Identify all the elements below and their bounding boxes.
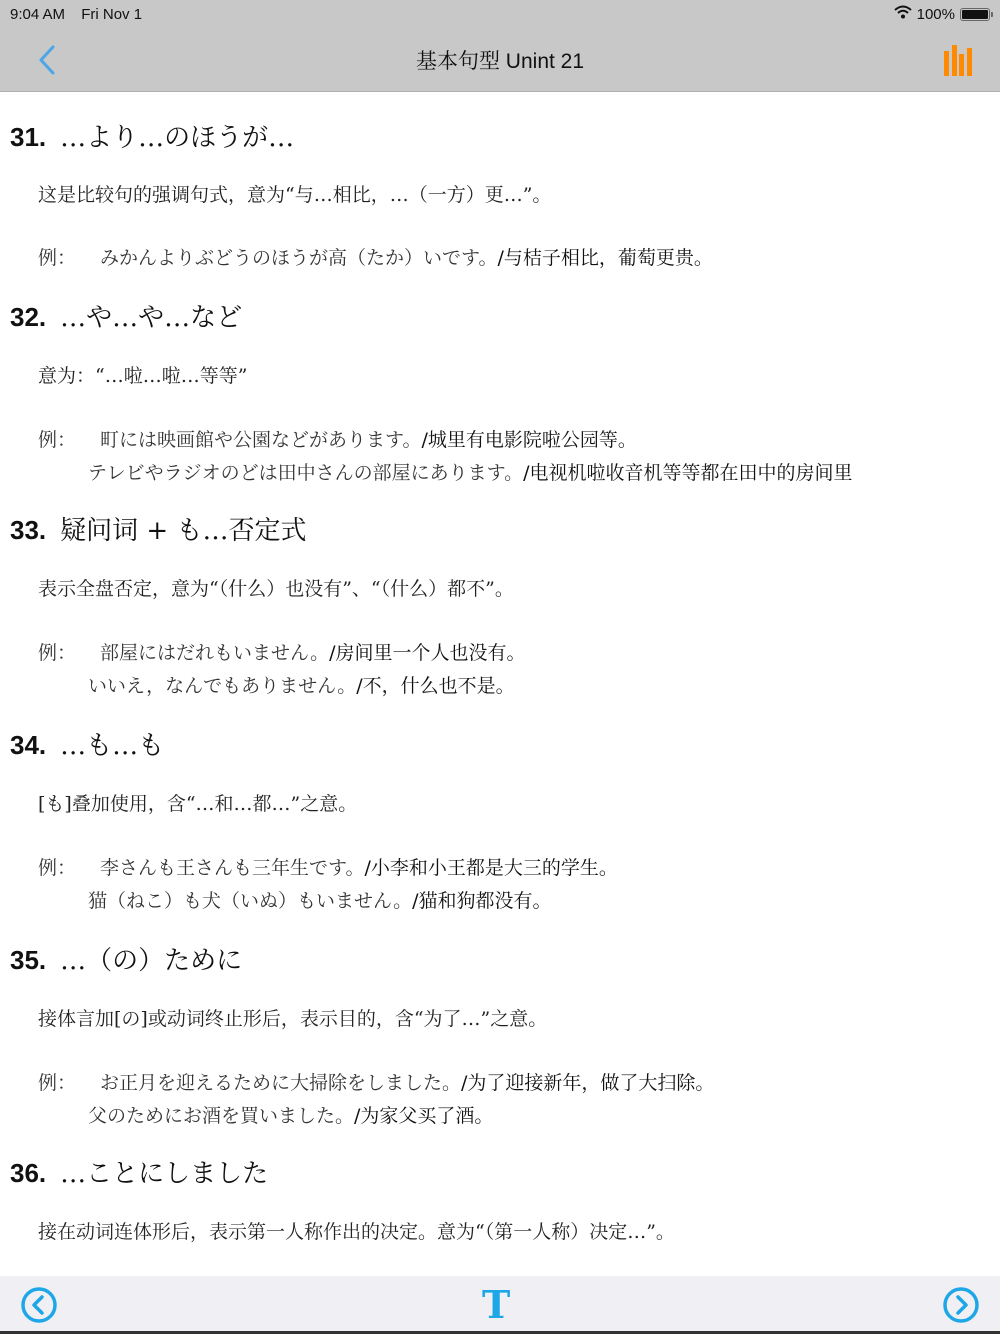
status-time: 9:04 AM (10, 6, 65, 23)
example-line: 李さんも王さんも三年生です。/小李和小王都是大三的学生。 (100, 853, 618, 880)
example-japanese: みかんよりぶどうのほうが高（たか）いです。 (100, 247, 497, 269)
example-label: 例： (38, 638, 76, 665)
section-pattern: …ことにしました (60, 1159, 268, 1189)
section-number: 35. (10, 945, 46, 975)
example-line: いいえ，なんでもありません。/不，什么也不是。 (88, 671, 515, 698)
section-number: 31. (10, 122, 46, 152)
example-line: テレビやラジオのどは田中さんの部屋にあります。/电视机啦收音机等等都在田中的房间… (88, 458, 853, 485)
example-chinese: /房间里一个人也没有。 (329, 642, 525, 664)
example-line: 父のためにお酒を買いました。/为家父买了酒。 (88, 1101, 493, 1128)
section-pattern: …も…も (60, 731, 164, 761)
example-line: お正月を迎えるために大掃除をしました。/为了迎接新年，做了大扫除。 (100, 1068, 714, 1095)
example-japanese: テレビやラジオのどは田中さんの部屋にあります。 (88, 462, 523, 484)
wifi-icon (894, 5, 912, 23)
chevron-left-icon (38, 45, 56, 75)
example-japanese: 父のためにお酒を買いました。 (88, 1105, 354, 1127)
page-title: 基本句型 Unint 21 (416, 45, 584, 75)
section-number: 34. (10, 730, 46, 760)
example-chinese: /为了迎接新年，做了大扫除。 (461, 1072, 714, 1094)
example-chinese: /为家父买了酒。 (354, 1105, 493, 1127)
lesson-content[interactable]: 31.…より…のほうが… 这是比较句的强调句式，意为“与…相比，…（一方）更…”… (0, 93, 1000, 1276)
section-heading: 32.…や…や…など (10, 297, 242, 334)
example-label: 例： (38, 853, 76, 880)
circle-chevron-right-icon (942, 1286, 980, 1324)
example-label: 例： (38, 1068, 76, 1095)
previous-page-button[interactable] (20, 1286, 58, 1324)
section-number: 36. (10, 1158, 46, 1188)
bar-chart-icon (940, 41, 976, 77)
battery-percent: 100% (917, 6, 955, 23)
example-japanese: 町には映画館や公園などがあります。 (100, 429, 421, 451)
section-pattern: 疑问词 + も…否定式 (60, 516, 306, 546)
status-left: 9:04 AM Fri Nov 1 (10, 6, 154, 23)
example-japanese: お正月を迎えるために大掃除をしました。 (100, 1072, 461, 1094)
example-line: 猫（ねこ）も犬（いぬ）もいません。/猫和狗都没有。 (88, 886, 552, 913)
example-line: みかんよりぶどうのほうが高（たか）いです。/与桔子相比，葡萄更贵。 (100, 243, 713, 270)
navigation-bar: 基本句型 Unint 21 (0, 28, 1000, 92)
section-heading: 33.疑问词 + も…否定式 (10, 510, 306, 547)
example-line: 部屋にはだれもいません。/房间里一个人也没有。 (100, 638, 526, 665)
section-pattern: …より…のほうが… (60, 123, 294, 153)
example-label: 例： (38, 425, 76, 452)
section-heading: 35.…（の）ために (10, 940, 242, 977)
section-description: 这是比较句的强调句式，意为“与…相比，…（一方）更…”。 (38, 180, 551, 207)
section-pattern: …（の）ために (60, 946, 242, 976)
example-chinese: /城里有电影院啦公园等。 (421, 429, 636, 451)
example-chinese: /小李和小王都是大三的学生。 (364, 857, 617, 879)
example-japanese: 李さんも王さんも三年生です。 (100, 857, 364, 879)
example-line: 町には映画館や公園などがあります。/城里有电影院啦公园等。 (100, 425, 637, 452)
example-chinese: /与桔子相比，葡萄更贵。 (497, 247, 712, 269)
section-description: 表示全盘否定，意为“（什么）也没有”、“（什么）都不”。 (38, 574, 514, 601)
text-size-button[interactable]: T (482, 1282, 510, 1327)
example-japanese: 部屋にはだれもいません。 (100, 642, 329, 664)
status-bar: 9:04 AM Fri Nov 1 100% (0, 0, 1000, 28)
section-description: 接在动词连体形后，表示第一人称作出的决定。意为“（第一人称）决定…”。 (38, 1217, 675, 1244)
example-japanese: いいえ，なんでもありません。 (88, 675, 356, 697)
status-date: Fri Nov 1 (81, 6, 142, 23)
section-description: [も]叠加使用，含“…和…都…”之意。 (38, 789, 357, 816)
example-label: 例： (38, 243, 76, 270)
stats-button[interactable] (940, 41, 976, 77)
example-chinese: /电视机啦收音机等等都在田中的房间里 (523, 462, 852, 484)
back-button[interactable] (30, 40, 64, 80)
example-chinese: /不，什么也不是。 (356, 675, 514, 697)
section-heading: 31.…より…のほうが… (10, 117, 294, 154)
next-page-button[interactable] (942, 1286, 980, 1324)
section-number: 33. (10, 515, 46, 545)
section-heading: 34.…も…も (10, 725, 164, 762)
section-description: 接体言加[の]或动词终止形后，表示目的，含“为了…”之意。 (38, 1004, 547, 1031)
section-description: 意为：“…啦…啦…等等” (38, 361, 247, 388)
status-right: 100% (894, 5, 990, 23)
section-number: 32. (10, 302, 46, 332)
bottom-toolbar: T (0, 1276, 1000, 1332)
battery-full-icon (960, 8, 990, 21)
circle-chevron-left-icon (20, 1286, 58, 1324)
section-heading: 36.…ことにしました (10, 1153, 268, 1190)
example-japanese: 猫（ねこ）も犬（いぬ）もいません。 (88, 890, 412, 912)
example-chinese: /猫和狗都没有。 (412, 890, 551, 912)
section-pattern: …や…や…など (60, 303, 242, 333)
